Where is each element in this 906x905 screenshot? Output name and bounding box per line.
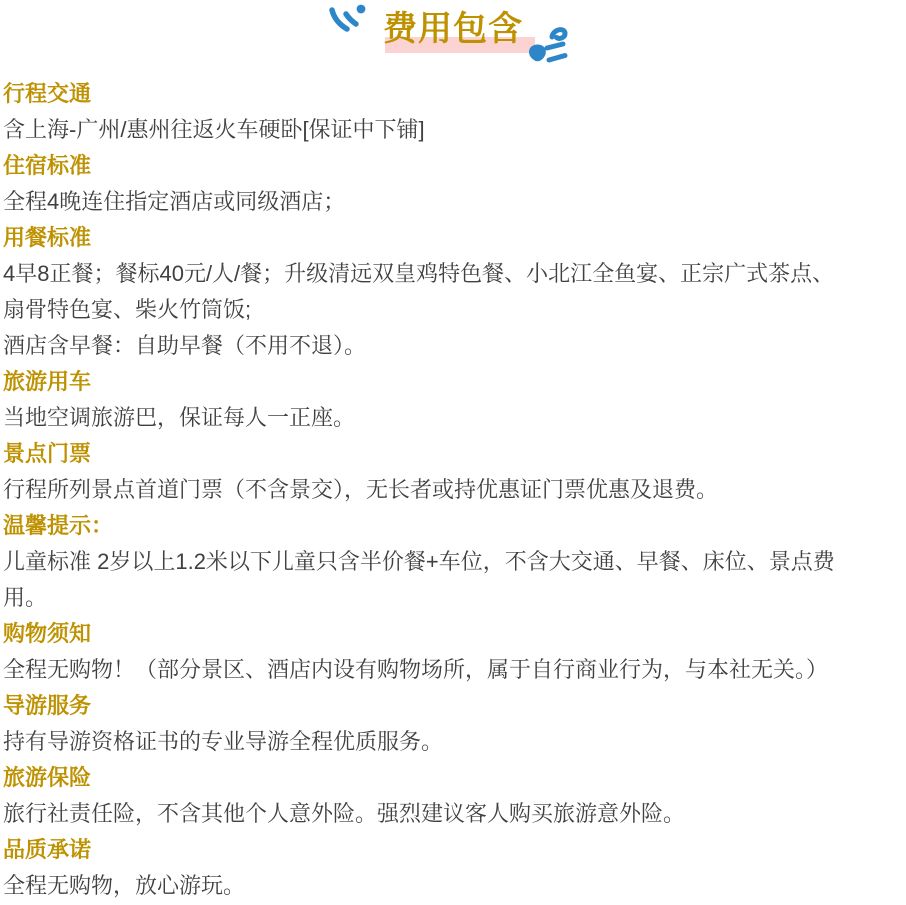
section-heading: 行程交通 [3, 76, 903, 112]
section-meals: 用餐标准 4早8正餐；餐标40元/人/餐；升级清远双皇鸡特色餐、小北江全鱼宴、正… [3, 220, 903, 364]
section-heading: 导游服务 [3, 688, 903, 724]
section-text: 行程所列景点首道门票（不含景交），无长者或持优惠证门票优惠及退费。 [3, 472, 903, 508]
section-heading: 用餐标准 [3, 220, 903, 256]
section-transport: 行程交通 含上海-广州/惠州往返火车硬卧[保证中下铺] [3, 76, 903, 148]
section-text: 持有导游资格证书的专业导游全程优质服务。 [3, 724, 903, 760]
sweat-dash-doodle-icon [524, 20, 596, 72]
section-text: 儿童标准 2岁以上1.2米以下儿童只含半价餐+车位，不含大交通、早餐、床位、景点… [3, 544, 903, 616]
section-heading: 景点门票 [3, 436, 903, 472]
section-shopping: 购物须知 全程无购物！（部分景区、酒店内设有购物场所，属于自行商业行为，与本社无… [3, 616, 903, 688]
section-tickets: 景点门票 行程所列景点首道门票（不含景交），无长者或持优惠证门票优惠及退费。 [3, 436, 903, 508]
section-guide: 导游服务 持有导游资格证书的专业导游全程优质服务。 [3, 688, 903, 760]
fee-include-page: 费用包含 行程交通 含上海-广州/惠州往返火车硬卧[保证中下铺] 住宿标准 全程… [0, 0, 906, 905]
section-heading: 温馨提示： [3, 508, 903, 544]
page-title-text: 费用包含 [383, 10, 523, 48]
section-heading: 品质承诺 [3, 832, 903, 868]
section-heading: 旅游用车 [3, 364, 903, 400]
section-text: 全程4晚连住指定酒店或同级酒店； [3, 184, 903, 220]
fee-sections: 行程交通 含上海-广州/惠州往返火车硬卧[保证中下铺] 住宿标准 全程4晚连住指… [0, 76, 906, 904]
section-heading: 住宿标准 [3, 148, 903, 184]
section-quality: 品质承诺 全程无购物，放心游玩。 [3, 832, 903, 904]
section-text: 当地空调旅游巴，保证每人一正座。 [3, 400, 903, 436]
page-header: 费用包含 [0, 0, 906, 76]
section-heading: 旅游保险 [3, 760, 903, 796]
section-lodging: 住宿标准 全程4晚连住指定酒店或同级酒店； [3, 148, 903, 220]
section-text: 全程无购物，放心游玩。 [3, 868, 903, 904]
section-insurance: 旅游保险 旅行社责任险，不含其他个人意外险。强烈建议客人购买旅游意外险。 [3, 760, 903, 832]
section-bus: 旅游用车 当地空调旅游巴，保证每人一正座。 [3, 364, 903, 436]
section-text: 全程无购物！（部分景区、酒店内设有购物场所，属于自行商业行为，与本社无关。） [3, 652, 903, 688]
section-tips: 温馨提示： 儿童标准 2岁以上1.2米以下儿童只含半价餐+车位，不含大交通、早餐… [3, 508, 903, 616]
section-heading: 购物须知 [3, 616, 903, 652]
section-text: 旅行社责任险，不含其他个人意外险。强烈建议客人购买旅游意外险。 [3, 796, 903, 832]
page-title: 费用包含 [0, 0, 906, 46]
section-text: 含上海-广州/惠州往返火车硬卧[保证中下铺] [3, 112, 903, 148]
section-text: 4早8正餐；餐标40元/人/餐；升级清远双皇鸡特色餐、小北江全鱼宴、正宗广式茶点… [3, 256, 903, 364]
sparkle-doodle-icon [326, 1, 368, 41]
